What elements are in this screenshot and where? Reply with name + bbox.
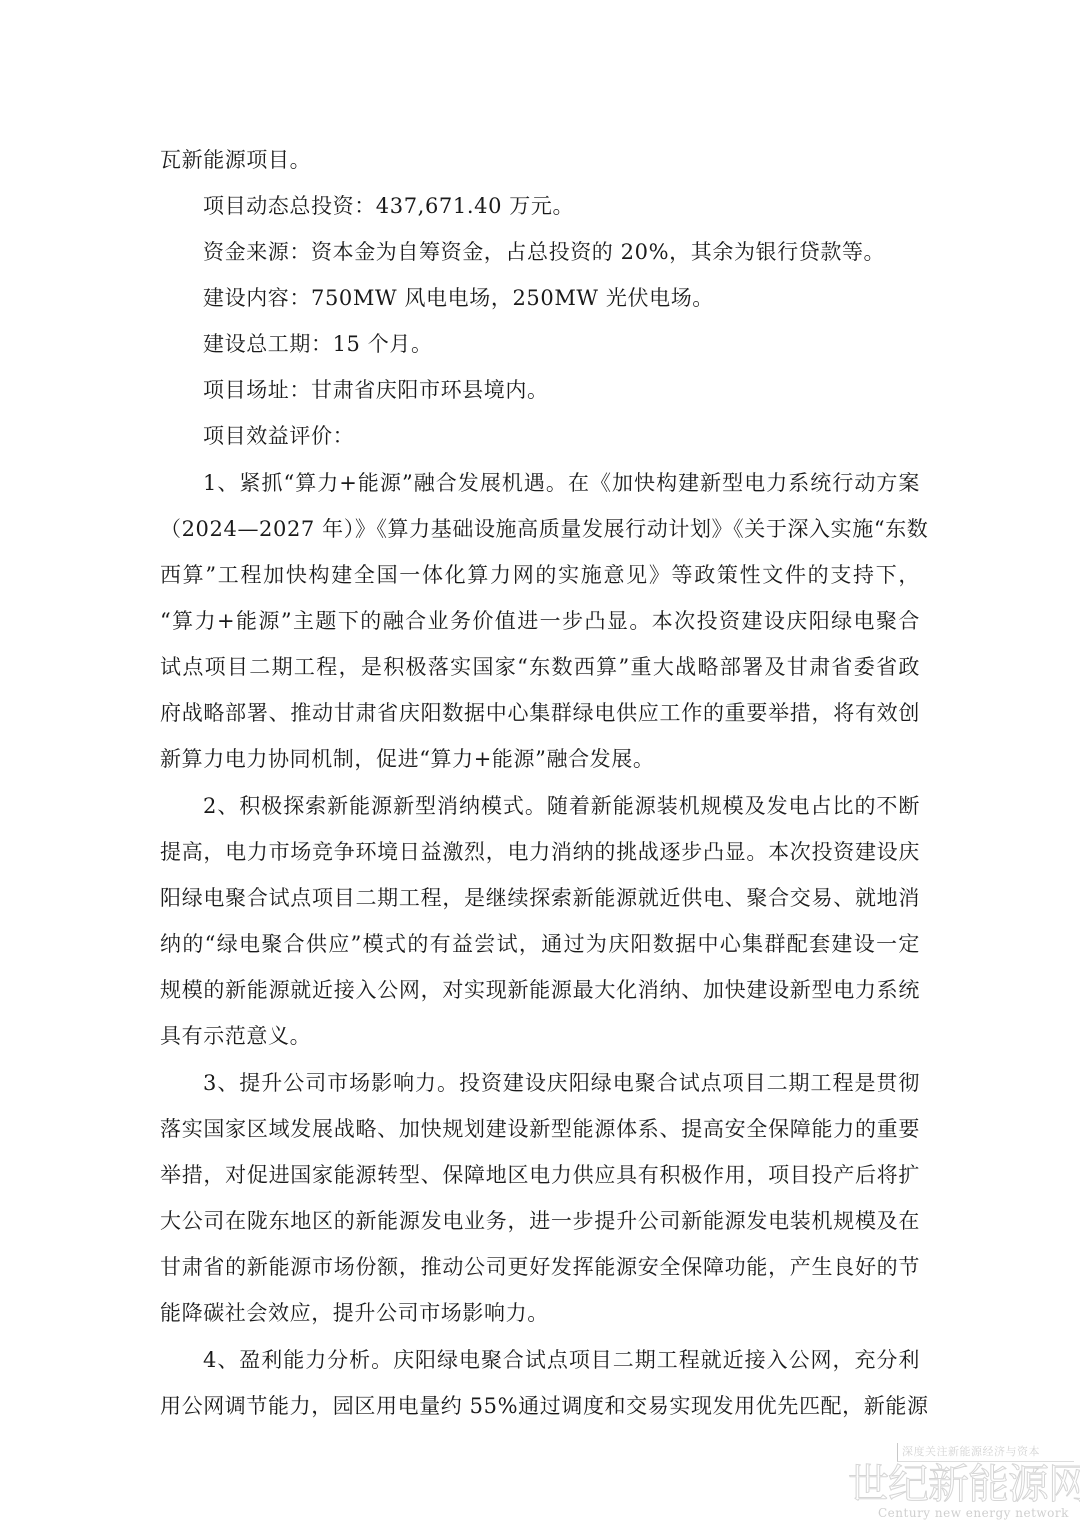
text-line: 建设总工期：15 个月。: [203, 329, 920, 359]
text-line: 府战略部署、推动甘肃省庆阳数据中心集群绿电供应工作的重要举措，将有效创: [160, 698, 920, 728]
text-line: 1、紧抓“算力+能源”融合发展机遇。在《加快构建新型电力系统行动方案: [203, 468, 920, 498]
text-line: 举措，对促进国家能源转型、保障地区电力供应具有积极作用，项目投产后将扩: [160, 1160, 920, 1190]
document-page: 瓦新能源项目。项目动态总投资：437,671.40 万元。资金来源：资本金为自筹…: [0, 0, 1080, 1527]
text-line: 项目效益评价：: [203, 421, 920, 451]
text-line: 资金来源：资本金为自筹资金，占总投资的 20%，其余为银行贷款等。: [203, 237, 920, 267]
text-line: 4、盈利能力分析。庆阳绿电聚合试点项目二期工程就近接入公网，充分利: [203, 1345, 920, 1375]
text-line: 项目场址：甘肃省庆阳市环县境内。: [203, 375, 920, 405]
text-line: 项目动态总投资：437,671.40 万元。: [203, 191, 920, 221]
text-line: 2、积极探索新能源新型消纳模式。随着新能源装机规模及发电占比的不断: [203, 791, 920, 821]
text-line: 西算”工程加快构建全国一体化算力网的实施意见》等政策性文件的支持下，: [160, 560, 920, 590]
text-line: 用公网调节能力，园区用电量约 55%通过调度和交易实现发用优先匹配，新能源: [160, 1391, 920, 1421]
watermark-logo-title: 世纪新能源网: [848, 1462, 1080, 1506]
text-line: 能降碳社会效应，提升公司市场影响力。: [160, 1298, 920, 1328]
text-line: 提高，电力市场竞争环境日益激烈，电力消纳的挑战逐步凸显。本次投资建设庆: [160, 837, 920, 867]
text-line: 纳的“绿电聚合供应”模式的有益尝试，通过为庆阳数据中心集群配套建设一定: [160, 929, 920, 959]
text-line: “算力+能源”主题下的融合业务价值进一步凸显。本次投资建设庆阳绿电聚合: [160, 606, 920, 636]
text-line: 瓦新能源项目。: [160, 145, 920, 175]
text-line: 试点项目二期工程，是积极落实国家“东数西算”重大战略部署及甘肃省委省政: [160, 652, 920, 682]
text-line: 甘肃省的新能源市场份额，推动公司更好发挥能源安全保障功能，产生良好的节: [160, 1252, 920, 1282]
text-line: 落实国家区域发展战略、加快规划建设新型能源体系、提高安全保障能力的重要: [160, 1114, 920, 1144]
text-line: 大公司在陇东地区的新能源发电业务，进一步提升公司新能源发电装机规模及在: [160, 1206, 920, 1236]
watermark-subtitle: Century new energy network: [878, 1505, 1078, 1521]
text-line: （2024—2027 年）》《算力基础设施高质量发展行动计划》《关于深入实施“东…: [160, 514, 920, 544]
text-line: 规模的新能源就近接入公网，对实现新能源最大化消纳、加快建设新型电力系统: [160, 975, 920, 1005]
text-line: 建设内容：750MW 风电电场，250MW 光伏电场。: [203, 283, 920, 313]
text-line: 新算力电力协同机制，促进“算力+能源”融合发展。: [160, 744, 920, 774]
text-line: 具有示范意义。: [160, 1021, 920, 1051]
text-line: 3、提升公司市场影响力。投资建设庆阳绿电聚合试点项目二期工程是贯彻: [203, 1068, 920, 1098]
text-line: 阳绿电聚合试点项目二期工程，是继续探索新能源就近供电、聚合交易、就地消: [160, 883, 920, 913]
